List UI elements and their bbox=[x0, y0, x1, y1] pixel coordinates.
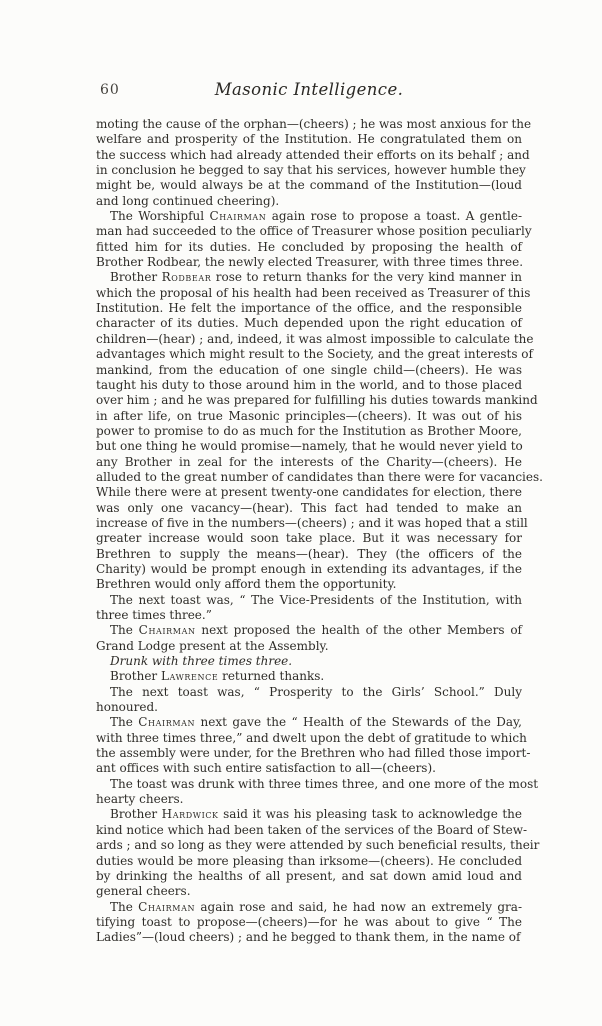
text-line: in after life, on true Masonic principle… bbox=[96, 409, 522, 424]
smallcaps-name: Lawrence bbox=[161, 669, 218, 683]
text-line: greater increase would soon take place. … bbox=[96, 531, 522, 546]
text-line: any Brother in zeal for the interests of… bbox=[96, 455, 522, 470]
paragraph: moting the cause of the orphan—(cheers) … bbox=[96, 117, 522, 209]
text-line: hearty cheers. bbox=[96, 792, 522, 807]
paragraph: The Chairman next gave the “ Health of t… bbox=[96, 715, 522, 776]
paragraph: Brother Rodbear rose to return thanks fo… bbox=[96, 270, 522, 592]
text-line: mankind, from the education of one singl… bbox=[96, 363, 522, 378]
paragraph: The next toast was, “ Prosperity to the … bbox=[96, 685, 522, 716]
text-line: taught his duty to those around him in t… bbox=[96, 378, 522, 393]
text-line: moting the cause of the orphan—(cheers) … bbox=[96, 117, 522, 132]
text-line: general cheers. bbox=[96, 884, 522, 899]
paragraph: The Chairman again rose and said, he had… bbox=[96, 900, 522, 946]
text-line: and long continued cheering). bbox=[96, 194, 522, 209]
text-line: man had succeeded to the office of Treas… bbox=[96, 224, 522, 239]
text-line: Brother Rodbear rose to return thanks fo… bbox=[96, 270, 522, 285]
text-line: was only one vacancy—(hear). This fact h… bbox=[96, 501, 522, 516]
text-line: Institution. He felt the importance of t… bbox=[96, 301, 522, 316]
smallcaps-name: Chairman bbox=[209, 209, 266, 223]
text-line: Brethren would only afford them the oppo… bbox=[96, 577, 522, 592]
text-line: The Worshipful Chairman again rose to pr… bbox=[96, 209, 522, 224]
text-line: but one thing he would promise—namely, t… bbox=[96, 439, 522, 454]
page-body: moting the cause of the orphan—(cheers) … bbox=[96, 117, 522, 946]
text-line: the assembly were under, for the Brethre… bbox=[96, 746, 522, 761]
text-line: alluded to the great number of candidate… bbox=[96, 470, 522, 485]
smallcaps-name: Rodbear bbox=[162, 270, 212, 284]
text-line: might be, would always be at the command… bbox=[96, 178, 522, 193]
text-line: honoured. bbox=[96, 700, 522, 715]
text-line: duties would be more pleasing than irkso… bbox=[96, 854, 522, 869]
text-line: Brother Rodbear, the newly elected Treas… bbox=[96, 255, 522, 270]
paragraph: The Chairman next proposed the health of… bbox=[96, 623, 522, 654]
text-line: ant offices with such entire satisfactio… bbox=[96, 761, 522, 776]
text-line: fitted him for its duties. He concluded … bbox=[96, 240, 522, 255]
text-line: ards ; and so long as they were attended… bbox=[96, 838, 522, 853]
paragraph: Drunk with three times three. bbox=[96, 654, 522, 669]
text-line: Ladies”—(loud cheers) ; and he begged to… bbox=[96, 930, 522, 945]
smallcaps-name: Chairman bbox=[139, 623, 196, 637]
text-line: character of its duties. Much depended u… bbox=[96, 316, 522, 331]
text-line: Drunk with three times three. bbox=[96, 654, 522, 669]
paragraph: The Worshipful Chairman again rose to pr… bbox=[96, 209, 522, 270]
running-head: 60 Masonic Intelligence. bbox=[96, 80, 522, 102]
text-line: children—(hear) ; and, indeed, it was al… bbox=[96, 332, 522, 347]
text-line: Brother Hardwick said it was his pleasin… bbox=[96, 807, 522, 822]
text-line: increase of five in the numbers—(cheers)… bbox=[96, 516, 522, 531]
text-line: The next toast was, “ The Vice-President… bbox=[96, 593, 522, 608]
text-line: The Chairman next proposed the health of… bbox=[96, 623, 522, 638]
text-line: The toast was drunk with three times thr… bbox=[96, 777, 522, 792]
smallcaps-name: Chairman bbox=[138, 900, 195, 914]
text-line: in conclusion he begged to say that his … bbox=[96, 163, 522, 178]
paragraph: Brother Hardwick said it was his pleasin… bbox=[96, 807, 522, 899]
text-line: power to promise to do as much for the I… bbox=[96, 424, 522, 439]
text-line: The Chairman next gave the “ Health of t… bbox=[96, 715, 522, 730]
paragraph: The toast was drunk with three times thr… bbox=[96, 777, 522, 808]
paragraph: The next toast was, “ The Vice-President… bbox=[96, 593, 522, 624]
text-line: While there were at present twenty-one c… bbox=[96, 485, 522, 500]
text-line: Charity) would be prompt enough in exten… bbox=[96, 562, 522, 577]
text-line: by drinking the healths of all present, … bbox=[96, 869, 522, 884]
text-line: the success which had already attended t… bbox=[96, 148, 522, 163]
running-title: Masonic Intelligence. bbox=[96, 80, 522, 99]
text-line: The Chairman again rose and said, he had… bbox=[96, 900, 522, 915]
text-line: which the proposal of his health had bee… bbox=[96, 286, 522, 301]
text-line: over him ; and he was prepared for fulfi… bbox=[96, 393, 522, 408]
text-line: The next toast was, “ Prosperity to the … bbox=[96, 685, 522, 700]
text-line: Brother Lawrence returned thanks. bbox=[96, 669, 522, 684]
text-line: Grand Lodge present at the Assembly. bbox=[96, 639, 522, 654]
text-line: three times three.” bbox=[96, 608, 522, 623]
smallcaps-name: Chairman bbox=[138, 715, 195, 729]
text-line: Brethren to supply the means—(hear). The… bbox=[96, 547, 522, 562]
smallcaps-name: Hardwick bbox=[162, 807, 219, 821]
text-line: kind notice which had been taken of the … bbox=[96, 823, 522, 838]
text-line: tifying toast to propose—(cheers)—for he… bbox=[96, 915, 522, 930]
paragraph: Brother Lawrence returned thanks. bbox=[96, 669, 522, 684]
text-line: with three times three,” and dwelt upon … bbox=[96, 731, 522, 746]
text-line: advantages which might result to the Soc… bbox=[96, 347, 522, 362]
text-line: welfare and prosperity of the Institutio… bbox=[96, 132, 522, 147]
scanned-document-page: 60 Masonic Intelligence. moting the caus… bbox=[0, 0, 602, 1026]
